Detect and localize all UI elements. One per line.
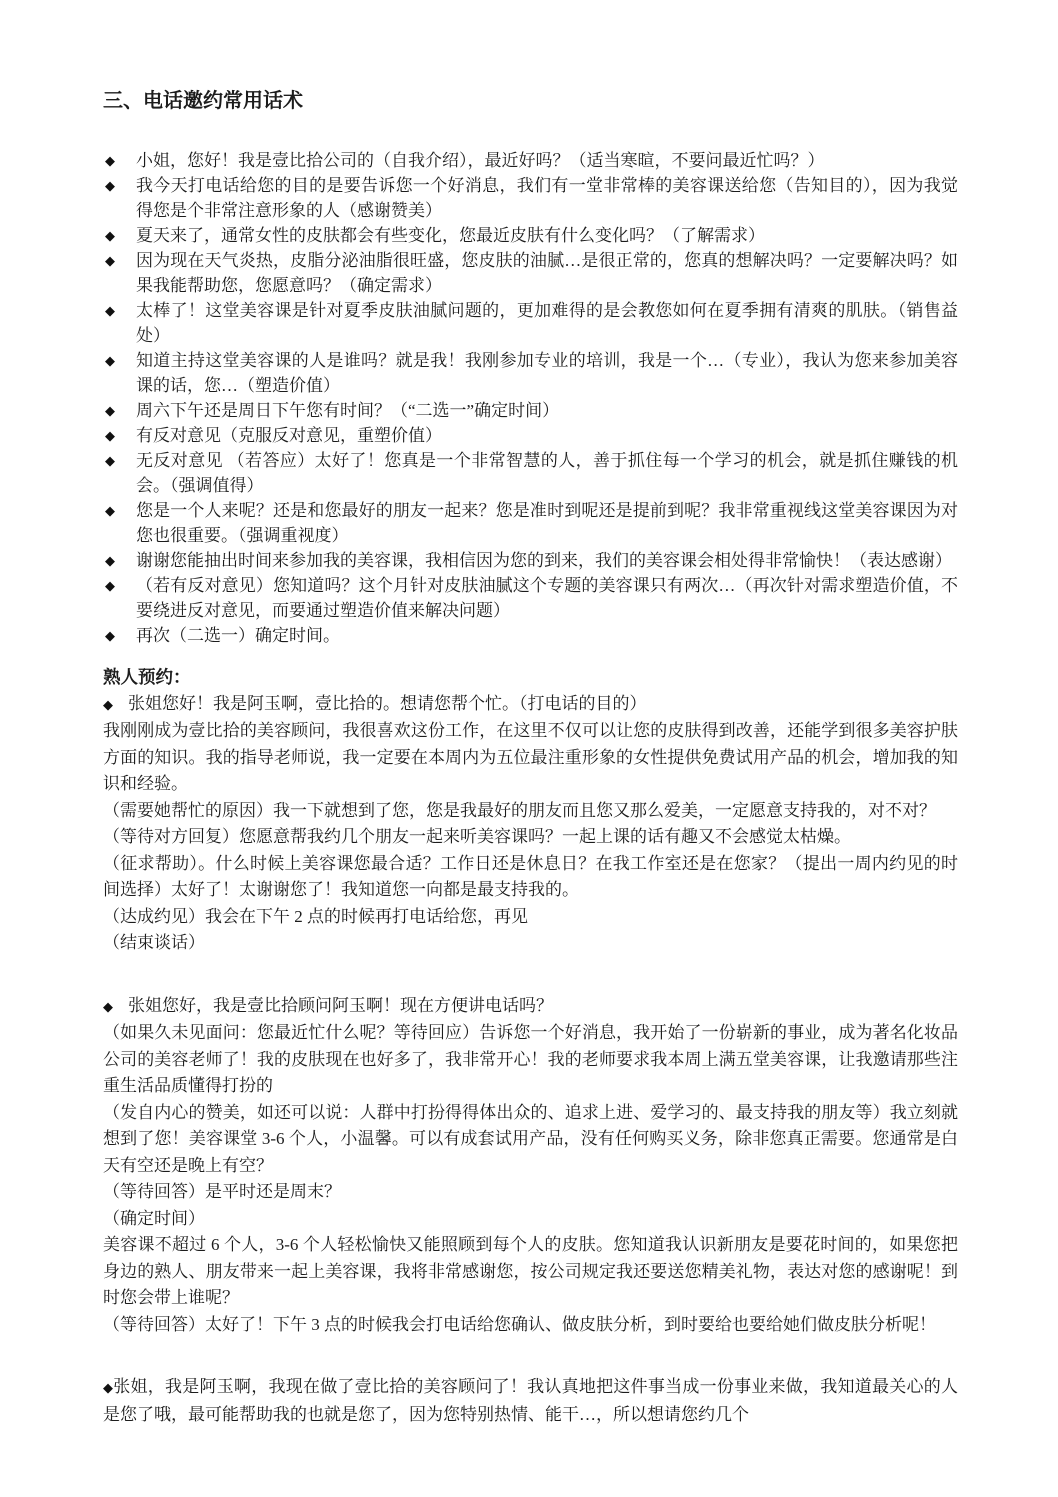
diamond-bullet-icon: ◆ — [105, 548, 115, 573]
bullet-text: 知道主持这堂美容课的人是谁吗？就是我！我刚参加专业的培训，我是一个…（专业），我… — [136, 351, 958, 395]
script3-paragraph: （发自内心的赞美，如还可以说：人群中打扮得得体出众的、追求上进、爱学习的、最支持… — [103, 1100, 958, 1180]
bullet-item: ◆太棒了！这堂美容课是针对夏季皮肤油腻问题的，更加难得的是会教您如何在夏季拥有清… — [103, 298, 958, 348]
bullet-item: ◆知道主持这堂美容课的人是谁吗？就是我！我刚参加专业的培训，我是一个…（专业），… — [103, 348, 958, 398]
diamond-bullet-icon: ◆ — [105, 573, 115, 598]
bullet-text: 夏天来了，通常女性的皮肤都会有些变化，您最近皮肤有什么变化吗？（了解需求） — [136, 226, 765, 245]
bullet-text: 张姐您好，我是壹比拾顾问阿玉啊！现在方便讲电话吗？ — [128, 996, 553, 1015]
script2-paragraph: （需要她帮忙的原因）我一下就想到了您，您是我最好的朋友而且您又那么爱美，一定愿意… — [103, 798, 958, 825]
bullet-item: ◆您是一个人来呢？还是和您最好的朋友一起来？您是准时到呢还是提前到呢？我非常重视… — [103, 498, 958, 548]
bullet-text: 因为现在天气炎热，皮脂分泌油脂很旺盛，您皮肤的油腻…是很正常的，您真的想解决吗？… — [136, 251, 958, 295]
diamond-bullet-icon: ◆ — [105, 148, 115, 173]
script2-paragraph: 我刚刚成为壹比拾的美容顾问，我很喜欢这份工作，在这里不仅可以让您的皮肤得到改善，… — [103, 718, 958, 798]
bullet-text: 再次（二选一）确定时间。 — [136, 626, 340, 645]
script2-paragraph: （征求帮助）。什么时候上美容课您最合适？工作日还是休息日？在我工作室还是在您家？… — [103, 851, 958, 904]
diamond-bullet-icon: ◆ — [105, 423, 115, 448]
script2-paragraph: （等待对方回复）您愿意帮我约几个朋友一起来听美容课吗？一起上课的话有趣又不会感觉… — [103, 824, 958, 851]
bullet-text: 谢谢您能抽出时间来参加我的美容课，我相信因为您的到来，我们的美容课会相处得非常愉… — [136, 551, 952, 570]
diamond-bullet-icon: ◆ — [103, 1380, 113, 1395]
phone-script-bullet-list: ◆小姐，您好！我是壹比拾公司的（自我介绍），最近好吗？（适当寒暄，不要问最近忙吗… — [103, 148, 958, 648]
bullet-text: 张姐您好！我是阿玉啊，壹比拾的。想请您帮个忙。（打电话的目的） — [128, 694, 647, 713]
diamond-bullet-icon: ◆ — [105, 398, 115, 423]
bullet-item: ◆有反对意见（克服反对意见，重塑价值） — [103, 423, 958, 448]
diamond-bullet-icon: ◆ — [103, 999, 113, 1014]
bullet-item: ◆无反对意见 （若答应）太好了！您真是一个非常智慧的人，善于抓住每一个学习的机会… — [103, 448, 958, 498]
bullet-item: ◆（若有反对意见）您知道吗？这个月针对皮肤油腻这个专题的美容课只有两次…（再次针… — [103, 573, 958, 623]
page-title: 三、电话邀约常用话术 — [103, 88, 958, 114]
diamond-bullet-icon: ◆ — [105, 448, 115, 473]
script4-opening-line: ◆张姐，我是阿玉啊，我现在做了壹比拾的美容顾问了！我认真地把这件事当成一份事业来… — [103, 1374, 958, 1428]
diamond-bullet-icon: ◆ — [103, 697, 113, 712]
bullet-text: 我今天打电话给您的目的是要告诉您一个好消息，我们有一堂非常棒的美容课送给您（告知… — [136, 176, 958, 220]
script2-opening-line: ◆张姐您好！我是阿玉啊，壹比拾的。想请您帮个忙。（打电话的目的） — [103, 691, 958, 719]
bullet-text: （若有反对意见）您知道吗？这个月针对皮肤油腻这个专题的美容课只有两次…（再次针对… — [136, 576, 958, 620]
bullet-text: 有反对意见（克服反对意见，重塑价值） — [136, 426, 442, 445]
diamond-bullet-icon: ◆ — [105, 248, 115, 273]
diamond-bullet-icon: ◆ — [105, 623, 115, 648]
bullet-text: 周六下午还是周日下午您有时间？（“二选一”确定时间） — [136, 401, 559, 420]
script3-paragraph: （如果久未见面问：您最近忙什么呢？等待回应）告诉您一个好消息，我开始了一份崭新的… — [103, 1020, 958, 1100]
document-page: 三、电话邀约常用话术 ◆小姐，您好！我是壹比拾公司的（自我介绍），最近好吗？（适… — [0, 0, 1058, 1497]
diamond-bullet-icon: ◆ — [105, 498, 115, 523]
diamond-bullet-icon: ◆ — [105, 223, 115, 248]
bullet-item: ◆谢谢您能抽出时间来参加我的美容课，我相信因为您的到来，我们的美容课会相处得非常… — [103, 548, 958, 573]
bullet-text: 太棒了！这堂美容课是针对夏季皮肤油腻问题的，更加难得的是会教您如何在夏季拥有清爽… — [136, 301, 958, 345]
script3-paragraph: （等待回答）是平时还是周末？ — [103, 1179, 958, 1206]
diamond-bullet-icon: ◆ — [105, 173, 115, 198]
script3-paragraph: （等待回答）太好了！下午 3 点的时候我会打电话给您确认、做皮肤分析，到时要给也… — [103, 1312, 958, 1339]
bullet-item: ◆小姐，您好！我是壹比拾公司的（自我介绍），最近好吗？（适当寒暄，不要问最近忙吗… — [103, 148, 958, 173]
script3-paragraph: （确定时间） — [103, 1206, 958, 1233]
section-heading-acquaintance-booking: 熟人预约： — [103, 664, 958, 691]
bullet-item: ◆我今天打电话给您的目的是要告诉您一个好消息，我们有一堂非常棒的美容课送给您（告… — [103, 173, 958, 223]
script3-opening-line: ◆张姐您好，我是壹比拾顾问阿玉啊！现在方便讲电话吗？ — [103, 993, 958, 1021]
script3-paragraph: 美容课不超过 6 个人，3-6 个人轻松愉快又能照顾到每个人的皮肤。您知道我认识… — [103, 1232, 958, 1312]
diamond-bullet-icon: ◆ — [105, 298, 115, 323]
diamond-bullet-icon: ◆ — [105, 348, 115, 373]
bullet-item: ◆再次（二选一）确定时间。 — [103, 623, 958, 648]
bullet-item: ◆因为现在天气炎热，皮脂分泌油脂很旺盛，您皮肤的油腻…是很正常的，您真的想解决吗… — [103, 248, 958, 298]
bullet-text: 小姐，您好！我是壹比拾公司的（自我介绍），最近好吗？（适当寒暄，不要问最近忙吗？… — [136, 151, 825, 170]
bullet-text: 您是一个人来呢？还是和您最好的朋友一起来？您是准时到呢还是提前到呢？我非常重视线… — [136, 501, 958, 545]
bullet-item: ◆夏天来了，通常女性的皮肤都会有些变化，您最近皮肤有什么变化吗？（了解需求） — [103, 223, 958, 248]
bullet-text: 张姐，我是阿玉啊，我现在做了壹比拾的美容顾问了！我认真地把这件事当成一份事业来做… — [103, 1377, 958, 1424]
script2-paragraph: （结束谈话） — [103, 930, 958, 957]
bullet-item: ◆周六下午还是周日下午您有时间？（“二选一”确定时间） — [103, 398, 958, 423]
script2-paragraph: （达成约见）我会在下午 2 点的时候再打电话给您，再见 — [103, 904, 958, 931]
bullet-text: 无反对意见 （若答应）太好了！您真是一个非常智慧的人，善于抓住每一个学习的机会，… — [136, 451, 958, 495]
